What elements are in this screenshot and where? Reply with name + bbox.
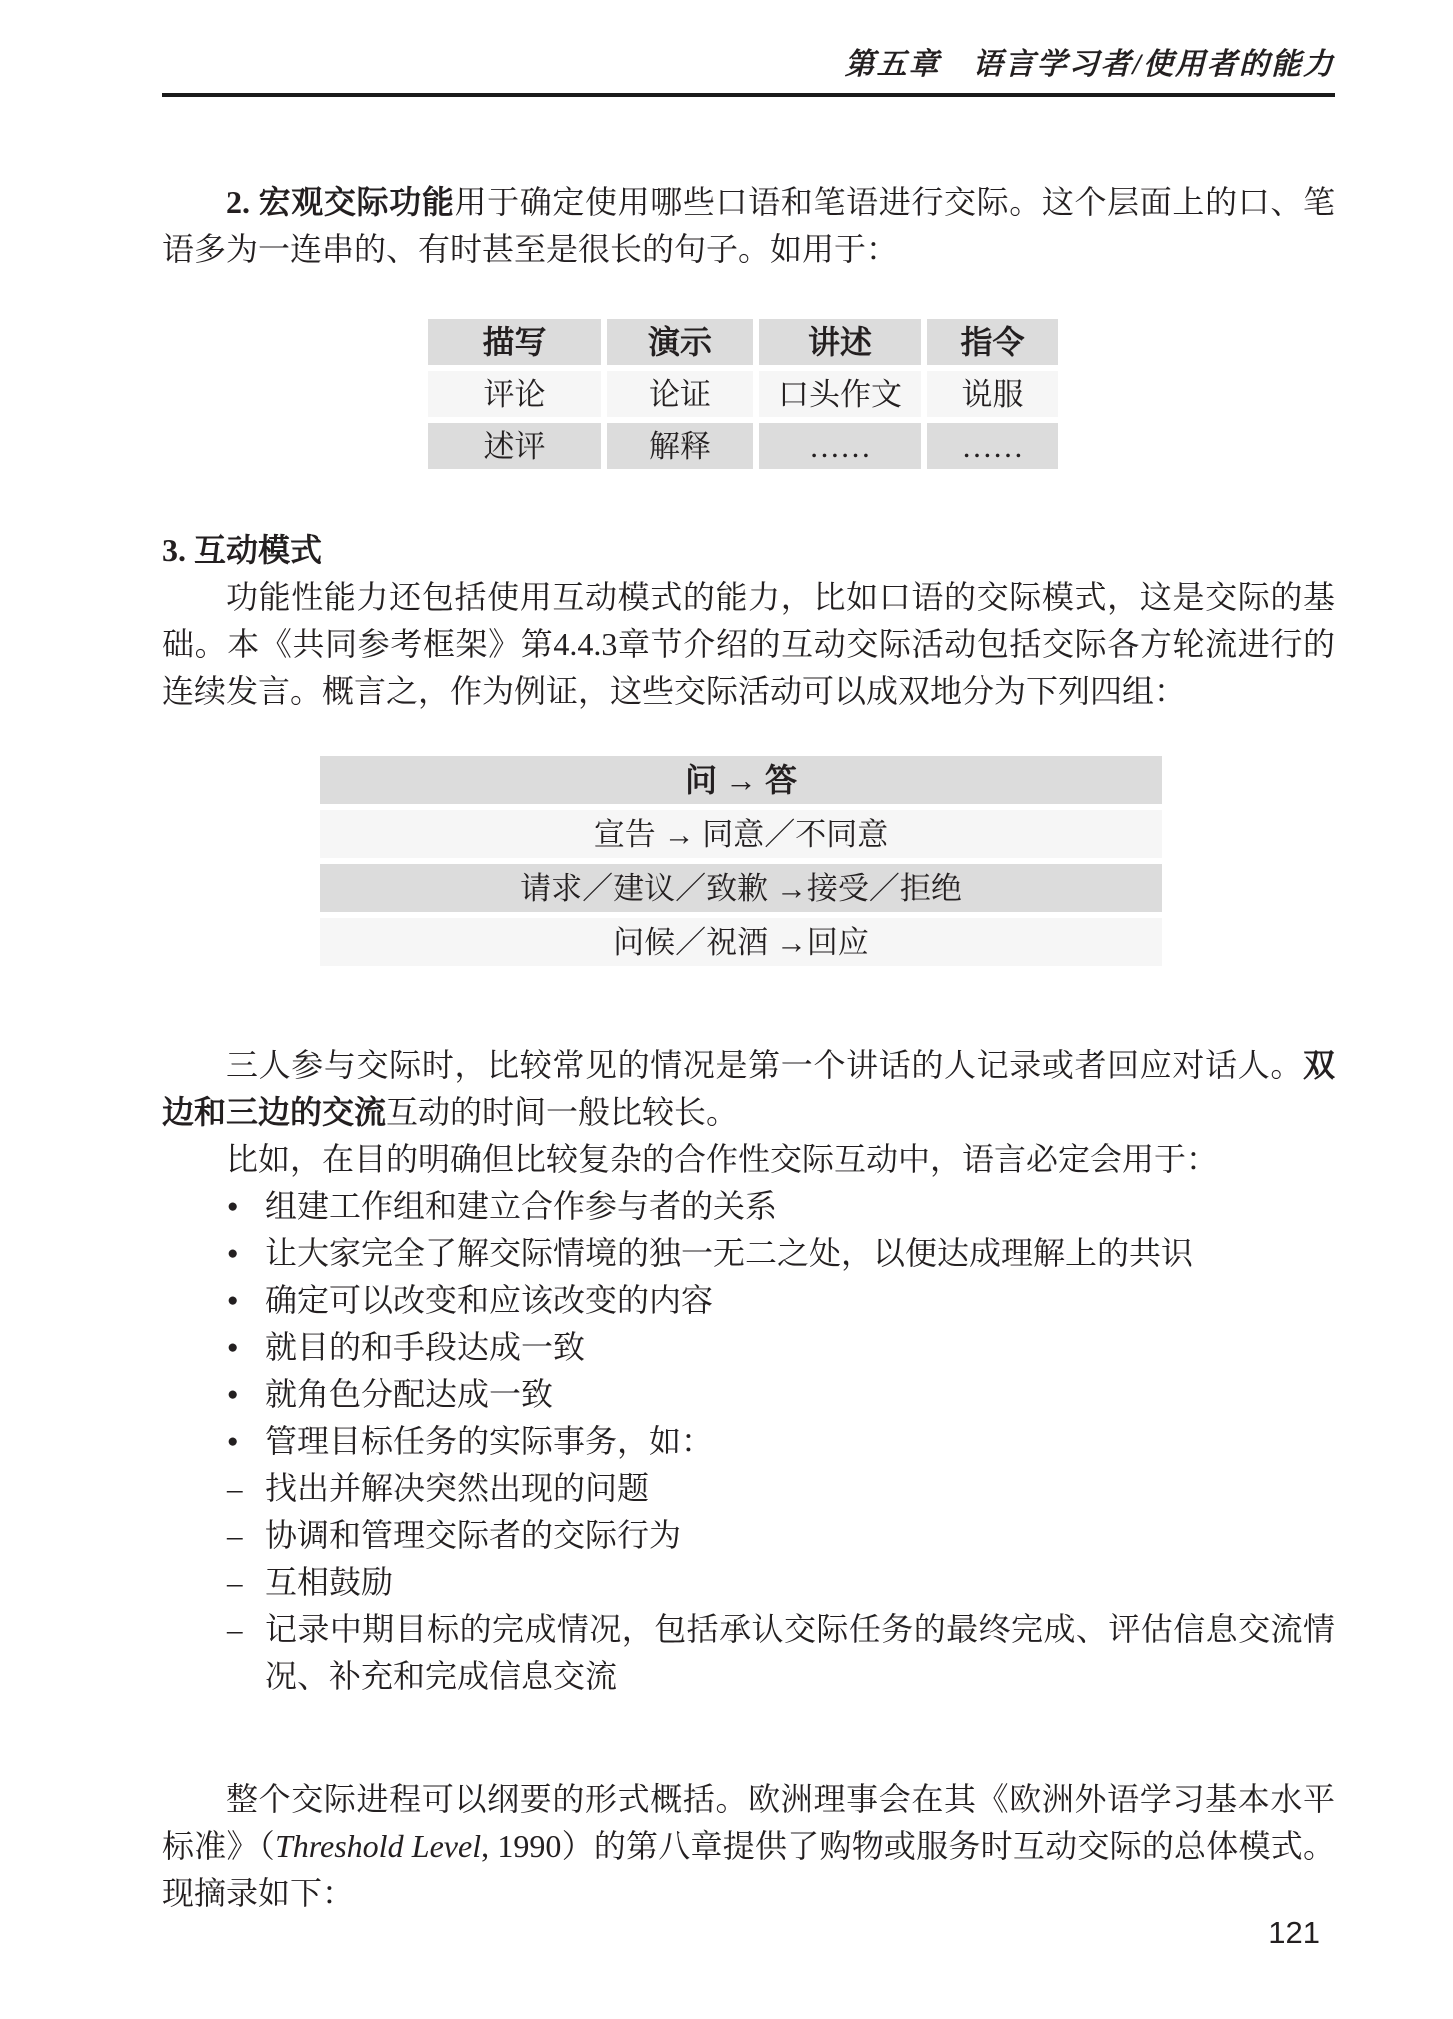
dash-item: – 找出并解决突然出现的问题 [162,1465,1335,1512]
bullet-item: ● 管理目标任务的实际事务，如： [162,1418,1335,1465]
table-cell: …… [759,423,921,469]
header-rule [162,93,1335,97]
bullet-item: ● 确定可以改变和应该改变的内容 [162,1277,1335,1324]
table-cell: 解释 [607,423,753,469]
bullet-item: ● 就角色分配达成一致 [162,1371,1335,1418]
bullet-icon: ● [227,1183,265,1230]
bullet-item: ● 让大家完全了解交际情境的独一无二之处，以便达成理解上的共识 [162,1230,1335,1277]
bullet-item: ● 就目的和手段达成一致 [162,1324,1335,1371]
bullet-icon: ● [227,1371,265,1418]
section-heading-interaction-mode: 3. 互动模式 [162,527,1335,574]
pairs-table-header-row: 问 → 答 [320,756,1162,804]
pairs-table-row: 宣告 → 同意／不同意 [320,810,1162,858]
para-interaction-intro: 功能性能力还包括使用互动模式的能力，比如口语的交际模式，这是交际的基础。本《共同… [162,574,1335,715]
page-number: 121 [1268,1916,1320,1950]
table-cell: 评论 [428,371,601,417]
table-cell: 述评 [428,423,601,469]
three-party-part2: 互动的时间一般比较长。 [386,1094,738,1130]
bullet-icon: ● [227,1277,265,1324]
closing-italic-title: Threshold Level [275,1828,481,1864]
bullet-item-text: 管理目标任务的实际事务，如： [265,1418,1335,1465]
bullet-item-text: 就目的和手段达成一致 [265,1324,1335,1371]
bullet-item: ● 组建工作组和建立合作参与者的关系 [162,1183,1335,1230]
dash-list: – 找出并解决突然出现的问题 – 协调和管理交际者的交际行为 – 互相鼓励 – … [162,1465,1335,1700]
dash-item-text: 记录中期目标的完成情况，包括承认交际任务的最终完成、评估信息交流情况、补充和完成… [265,1606,1335,1700]
bullet-icon: ● [227,1418,265,1465]
table-header-cell: 指令 [927,319,1058,365]
dash-item: – 互相鼓励 [162,1559,1335,1606]
dash-item-text: 互相鼓励 [265,1559,1335,1606]
table-cell: 口头作文 [759,371,921,417]
dash-icon: – [227,1606,265,1653]
three-party-part1: 三人参与交际时，比较常见的情况是第一个讲话的人记录或者回应对话人。 [226,1047,1303,1083]
table-header-cell: 讲述 [759,319,921,365]
macro-functions-table: 描写 演示 讲述 指令 评论 论证 口头作文 说服 述评 解释 …… …… [428,319,1058,469]
book-page: 第五章 语言学习者/使用者的能力 2. 宏观交际功能用于确定使用哪些口语和笔语进… [0,0,1453,2019]
bullet-item-text: 就角色分配达成一致 [265,1371,1335,1418]
bullet-list: ● 组建工作组和建立合作参与者的关系 ● 让大家完全了解交际情境的独一无二之处，… [162,1183,1335,1465]
macro-functions-lead-bold: 2. 宏观交际功能 [226,184,454,220]
para-three-party: 三人参与交际时，比较常见的情况是第一个讲话的人记录或者回应对话人。双边和三边的交… [162,1042,1335,1136]
para-closing: 整个交际进程可以纲要的形式概括。欧洲理事会在其《欧洲外语学习基本水平标准》（Th… [162,1776,1335,1917]
bullet-item-text: 确定可以改变和应该改变的内容 [265,1277,1335,1324]
pairs-table-row: 请求／建议／致歉 →接受／拒绝 [320,864,1162,912]
table-cell: 论证 [607,371,753,417]
dash-item-text: 找出并解决突然出现的问题 [265,1465,1335,1512]
table-header-cell: 演示 [607,319,753,365]
bullet-icon: ● [227,1324,265,1371]
dash-item: – 协调和管理交际者的交际行为 [162,1512,1335,1559]
running-header-chapter-title: 第五章 语言学习者/使用者的能力 [162,46,1335,84]
table-header-cell: 描写 [428,319,601,365]
bullet-icon: ● [227,1230,265,1277]
dash-icon: – [227,1465,265,1512]
pairs-table-row: 问候／祝酒 →回应 [320,918,1162,966]
table-cell: 说服 [927,371,1058,417]
interaction-pairs-table: 问 → 答 宣告 → 同意／不同意 请求／建议／致歉 →接受／拒绝 问候／祝酒 … [320,756,1162,966]
para-macro-functions: 2. 宏观交际功能用于确定使用哪些口语和笔语进行交际。这个层面上的口、笔语多为一… [162,179,1335,273]
dash-item: – 记录中期目标的完成情况，包括承认交际任务的最终完成、评估信息交流情况、补充和… [162,1606,1335,1700]
bullet-item-text: 组建工作组和建立合作参与者的关系 [265,1183,1335,1230]
dash-icon: – [227,1512,265,1559]
bullet-item-text: 让大家完全了解交际情境的独一无二之处，以便达成理解上的共识 [265,1230,1335,1277]
dash-item-text: 协调和管理交际者的交际行为 [265,1512,1335,1559]
table-cell: …… [927,423,1058,469]
para-example-intro: 比如，在目的明确但比较复杂的合作性交际互动中，语言必定会用于： [162,1136,1335,1183]
dash-icon: – [227,1559,265,1606]
